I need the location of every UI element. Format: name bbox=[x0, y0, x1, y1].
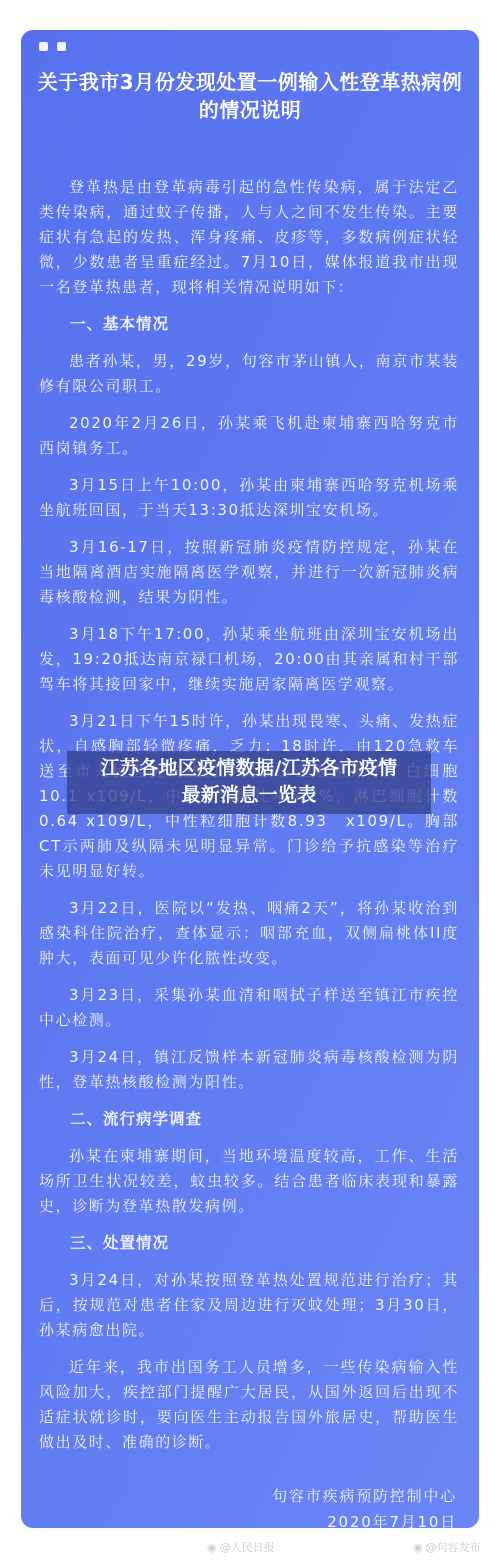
paragraph: 孙某在柬埔寨期间，当地环境温度较高，工作、生活场所卫生状况较差，蚊虫较多。结合患… bbox=[39, 1144, 459, 1219]
signature-date: 2020年7月10日 bbox=[272, 1509, 457, 1535]
caption-overlay: 江苏各地区疫情数据/江苏各市疫情 最新消息一览表 bbox=[67, 751, 431, 814]
section-heading-epidemiology: 二、流行病学调查 bbox=[39, 1107, 459, 1132]
caption-line-2: 最新消息一览表 bbox=[67, 782, 431, 809]
intro-paragraph: 登革热是由登革病毒引起的急性传染病，属于法定乙类传染病，通过蚊子传播，人与人之间… bbox=[39, 175, 459, 300]
paragraph: 3月15日上午10:00，孙某由柬埔寨西哈努克机场乘坐航班回国，于当天13:30… bbox=[39, 473, 459, 523]
notice-body: 登革热是由登革病毒引起的急性传染病，属于法定乙类传染病，通过蚊子传播，人与人之间… bbox=[39, 175, 459, 1467]
notice-title: 关于我市3月份发现处置一例输入性登革热病例 的情况说明 bbox=[35, 68, 465, 124]
paragraph: 3月18下午17:00，孙某乘坐航班由深圳宝安机场出发，19:20抵达南京禄口机… bbox=[39, 622, 459, 697]
paragraph: 近年来，我市出国务工人员增多，一些传染病输入性风险加大，疾控部门提醒广大居民，从… bbox=[39, 1355, 459, 1455]
weibo-icon: ◉ bbox=[207, 1541, 217, 1554]
signature: 句容市疾病预防控制中心 2020年7月10日 bbox=[272, 1483, 457, 1535]
signature-org: 句容市疾病预防控制中心 bbox=[272, 1483, 457, 1509]
caption-line-1: 江苏各地区疫情数据/江苏各市疫情 bbox=[67, 755, 431, 782]
window-dots bbox=[39, 42, 66, 51]
paragraph: 3月22日，医院以“发热、咽痛2天”，将孙某收治到感染科住院治疗，查体显示：咽部… bbox=[39, 896, 459, 971]
paragraph: 3月24日，镇江反馈样本新冠肺炎病毒核酸检测为阴性，登革热核酸检测为阳性。 bbox=[39, 1045, 459, 1095]
watermark-text: @人民日报 bbox=[220, 1539, 275, 1555]
paragraph: 3月23日，采集孙某血清和咽拭子样送至镇江市疾控中心检测。 bbox=[39, 983, 459, 1033]
paragraph: 3月16-17日，按照新冠肺炎疫情防控规定，孙某在当地隔离酒店实施隔离医学观察，… bbox=[39, 535, 459, 610]
title-line-1: 关于我市3月份发现处置一例输入性登革热病例 bbox=[35, 68, 465, 96]
paragraph: 3月24日，对孙某按照登革热处置规范进行治疗；其后，按规范对患者住家及周边进行灭… bbox=[39, 1268, 459, 1343]
section-heading-handling: 三、处置情况 bbox=[39, 1231, 459, 1256]
section-heading-basic-info: 一、基本情况 bbox=[39, 312, 459, 337]
watermark-text: @句容发布 bbox=[426, 1539, 481, 1555]
watermark-right: ◉ @句容发布 bbox=[413, 1539, 481, 1555]
weibo-icon: ◉ bbox=[413, 1541, 423, 1554]
watermark-left: ◉ @人民日报 bbox=[207, 1539, 275, 1555]
title-line-2: 的情况说明 bbox=[35, 96, 465, 124]
square-dot-icon bbox=[57, 42, 66, 51]
paragraph: 患者孙某，男，29岁，句容市茅山镇人，南京市某装修有限公司职工。 bbox=[39, 349, 459, 399]
square-dot-icon bbox=[39, 42, 48, 51]
paragraph: 2020年2月26日，孙某乘飞机赴柬埔寨西哈努克市西岗镇务工。 bbox=[39, 411, 459, 461]
